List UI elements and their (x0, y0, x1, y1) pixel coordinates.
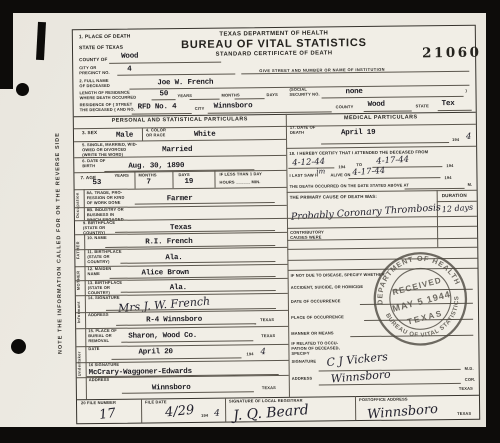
fill-line (122, 391, 254, 393)
file-year-suffix: 4 (214, 410, 220, 419)
texas-label: TEXAS (262, 386, 276, 391)
fill-line (117, 73, 235, 75)
physician-address-value: Winnsboro (330, 369, 391, 385)
cor-label: COR. (465, 378, 476, 383)
undertaker-side-label: Undertaker (77, 328, 82, 399)
ssn-value: none (345, 89, 362, 97)
year-194-label: 194 (338, 165, 345, 170)
burial-place-value: Sharon, Wood Co. (128, 333, 197, 341)
marital-value: Married (162, 147, 192, 155)
fill-line (235, 98, 265, 99)
cell-divider (214, 171, 215, 188)
year-194-label: 194 (446, 164, 453, 169)
year-194-label: 194 (201, 414, 208, 419)
burial-date-label: DATE (88, 347, 99, 352)
file-number-value: 17 (98, 407, 116, 422)
place-occurrence-label: PLACE OF OCCURRENCE (291, 315, 344, 320)
state2-value: Tex (442, 101, 455, 109)
year-194-label: 194 (246, 352, 253, 357)
place-of-death-label: 1. PLACE OF DEATH (79, 34, 131, 41)
attended-to-date: 4-17-44 (376, 156, 409, 167)
duration-label: DURATION (442, 193, 467, 199)
texas-label: TEXAS (260, 318, 274, 323)
fill-line (190, 99, 220, 100)
undertaker-address-label: ADDRESS (89, 378, 110, 383)
race-label: 4. COLOR OR RACE (146, 128, 166, 138)
year-194-label: 194 (444, 176, 451, 181)
trade-label: 8A. TRADE, PRO- FESSION OR KIND OF WORK … (87, 191, 125, 206)
marital-label: 5. SINGLE, MARRIED, WID- OWED OR DIVORCE… (82, 143, 137, 158)
accident-suicide-homicide-label: ACCIDENT, SUICIDE, OR HOMICIDE (291, 285, 364, 291)
fill-line (109, 62, 221, 64)
file-number-label: 20 FILE NUMBER (81, 401, 116, 406)
state2-label: STATE (416, 104, 429, 109)
postoffice-label: POSTOFFICE ADDRESS (359, 398, 408, 403)
mother-birthplace-label: 13. BIRTHPLACE (STATE OR COUNTRY) (88, 281, 123, 296)
last-saw-pre-label: I LAST SAW H (289, 174, 318, 179)
file-date-value: 4/29 (165, 404, 195, 420)
physician-signature-label: SIGNATURE (292, 360, 317, 365)
burial-date-value: April 20 (138, 349, 172, 357)
fill-line (112, 357, 242, 359)
header-titles: TEXAS DEPARTMENT OF HEALTH BUREAU OF VIT… (168, 30, 380, 58)
fill-line (135, 202, 275, 205)
personal-section-title: PERSONAL AND STATISTICAL PARTICULARS (74, 116, 286, 124)
father-birthplace-label: 11. BIRTHPLACE (STATE OR COUNTRY) (87, 250, 122, 265)
date-of-death-value: April 19 (341, 130, 375, 138)
fill-line (121, 340, 253, 342)
precinct-label: CITY OR PRECINCT NO. (79, 66, 110, 76)
primary-cause-label: THE PRIMARY CAUSE OF DEATH WAS: (290, 194, 377, 200)
cell-divider (355, 396, 356, 420)
physician-address-label: ADDRESS (292, 377, 313, 382)
side-strip-divider (84, 189, 85, 220)
fill-line (348, 177, 440, 179)
informant-signature-label: 14. SIGNATURE (88, 296, 120, 301)
punch-hole-top (16, 83, 29, 96)
texas-label: TEXAS (261, 334, 275, 339)
row-rule (286, 146, 476, 149)
registrar-signature: J. Q. Beard (233, 403, 310, 423)
attended-from-date: 4-12-44 (292, 158, 325, 168)
residence-length-label: LENGTH OF RESIDENCE WHERE DEATH OCCURRED (79, 91, 136, 101)
fill-line (152, 99, 176, 100)
county-label: COUNTY OF (79, 57, 107, 63)
death-year-suffix: 4 (466, 133, 472, 142)
death-occurred-label: THE DEATH OCCURRED ON THE DATE STATED AB… (290, 183, 409, 189)
date-occurrence-label: DATE OF OCCURRENCE (291, 299, 341, 304)
md-label: M.D. (465, 367, 474, 372)
hours-min-label: HOURS ______ MIN. (219, 180, 260, 185)
city-value: Winnsboro (214, 103, 253, 111)
cell-divider (142, 128, 143, 141)
age-days-value: 19 (184, 179, 193, 187)
last-saw-him-hand: im (316, 168, 325, 175)
texas-label: TEXAS (459, 387, 473, 392)
fullname-value: Joe W. French (157, 80, 213, 88)
burial-place-label: 15. PLACE OF BURIAL OR REMOVAL (88, 329, 117, 344)
last-saw-date: 4-17-44 (352, 167, 385, 178)
residence-label: RESIDENCE OF { STREET THE DECEASED { AND… (80, 103, 135, 113)
side-strip-divider (85, 328, 87, 399)
manner-means-label: MANNER OR MEANS (291, 331, 334, 336)
years-value: 50 (159, 91, 168, 99)
fullname-label: 2. FULL NAME OF DECEASED (79, 79, 110, 89)
blank-rule (287, 226, 477, 229)
county2-value: Wood (368, 102, 385, 110)
county2-label: COUNTY (336, 105, 354, 110)
cell-divider (225, 398, 226, 422)
fill-line (116, 323, 256, 326)
fill-line (319, 383, 461, 386)
county-value: Wood (121, 54, 138, 62)
days-label: DAYS (267, 93, 278, 98)
less-than-day-label: IF LESS THAN 1 DAY (219, 172, 262, 177)
certificate-number: 21060 (422, 45, 482, 62)
city-label: CITY (195, 107, 205, 112)
burial-year-suffix: 4 (260, 348, 266, 357)
texas-label: TEXAS (457, 412, 471, 417)
cell-divider (172, 171, 173, 188)
punch-hole-bottom (11, 339, 26, 354)
cell-divider (141, 399, 142, 423)
dept-line3: STANDARD CERTIFICATE OF DEATH (168, 50, 380, 58)
age-years-label: YEARS (114, 174, 129, 179)
undertaker-signature-label: 16 SIGNATURE (89, 363, 120, 368)
death-certificate: 1. PLACE OF DEATH STATE OF TEXAS COUNTY … (72, 25, 480, 425)
street-value: RFD No. 4 (138, 104, 177, 112)
mother-name-label: 12. MAIDEN NAME (87, 267, 111, 277)
fill-line (321, 142, 449, 144)
postoffice-value: Winnsboro (367, 403, 439, 422)
precinct-value: 4 (127, 67, 131, 75)
sex-label: 3. SEX (82, 130, 97, 136)
informant-address-label: ADDRESS (88, 313, 109, 318)
occupation-related-label: IF RELATED TO OCCU- PATION OF DECEASED, … (291, 341, 340, 356)
primary-cause-value: Probably Coronary Thrombosis (291, 203, 441, 222)
fill-line (288, 167, 334, 169)
ssn-label: (SOCIAL SECURITY NO. (289, 87, 319, 97)
age-months-value: 7 (146, 179, 150, 187)
occupation-side-label: Occupation (76, 189, 80, 220)
race-value: White (194, 132, 216, 140)
row-rule (76, 344, 288, 347)
photo-edge-top (0, 0, 500, 13)
age-years-value: 53 (92, 180, 101, 188)
photo-edge-left (0, 13, 13, 89)
state-of-texas-label: STATE OF TEXAS (79, 45, 123, 52)
photo-edge-bottom (0, 427, 500, 443)
ssn-close-paren: ) (465, 89, 467, 94)
cell-divider (134, 172, 135, 189)
photo-edge-right (486, 13, 500, 428)
dept-line2: BUREAU OF VITAL STATISTICS (168, 37, 380, 51)
fill-line (322, 96, 464, 99)
m-label: M. (468, 183, 473, 188)
file-date-label: FILE DATE (145, 400, 167, 405)
sex-value: Male (116, 133, 133, 141)
year-194-label: 194 (452, 138, 459, 143)
duration-value: 12 days (442, 204, 474, 215)
date-of-death-label: 17. DATE OF DEATH (290, 126, 316, 136)
dob-label: 6. DATE OF BIRTH (82, 159, 105, 169)
father-name-label: 10. NAME (87, 236, 107, 241)
